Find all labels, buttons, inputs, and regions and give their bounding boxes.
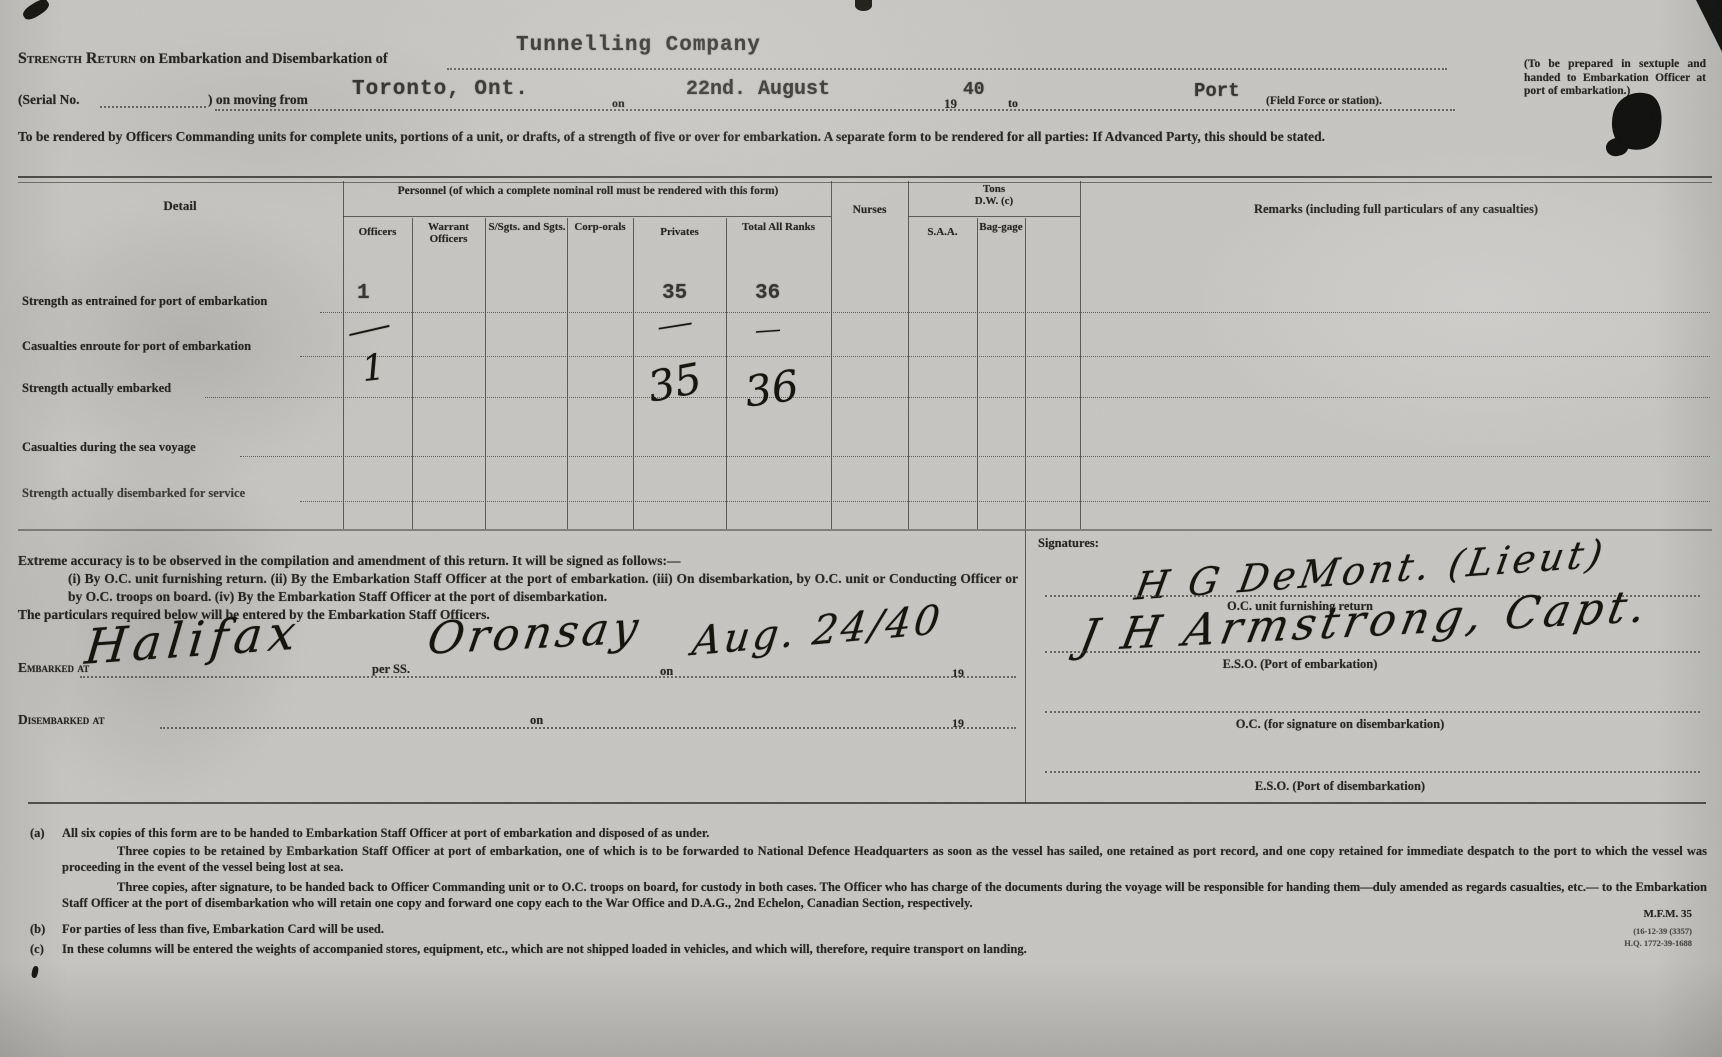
scan-speck — [31, 966, 39, 979]
scanned-embarkation-form: Strength Return on Embarkation and Disem… — [0, 0, 1722, 1057]
tons-header-line2: D.W. (c) — [910, 196, 1078, 207]
row-label: Strength as entrained for port of embark… — [22, 294, 267, 309]
sgts-col-header: S/Sgts. and Sgts. — [487, 221, 567, 233]
footnote-b-marker: (b) — [30, 922, 45, 937]
unit-name-typed: Tunnelling Company — [516, 34, 761, 57]
row-rule — [205, 397, 1710, 398]
footnote-a-para2: Three copies, after signature, to be han… — [62, 880, 1707, 911]
print-ref: M.F.M. 35 — [1555, 908, 1692, 920]
serial-blank — [100, 106, 206, 108]
column-line — [1025, 218, 1026, 529]
accuracy-line1: Extreme accuracy is to be observed in th… — [18, 552, 1018, 570]
serial-label: (Serial No. — [18, 92, 80, 108]
date-typed: 22nd. August — [686, 78, 830, 101]
signature-rule — [1045, 771, 1700, 773]
column-line — [633, 218, 634, 529]
corporals-col-header: Corp-orals — [570, 221, 630, 233]
row-label: Strength actually disembarked for servic… — [22, 486, 245, 501]
per-ss-label: per SS. — [372, 662, 410, 677]
embarked-at-label: Embarked at — [18, 660, 89, 676]
footer-rule — [28, 802, 1706, 804]
signature-rule — [1045, 711, 1700, 713]
column-line — [567, 218, 568, 529]
embarked-on-label: on — [660, 664, 673, 679]
year-typed: 40 — [963, 80, 985, 100]
detail-header: Detail — [30, 198, 330, 214]
table-bottom-rule — [18, 529, 1712, 531]
row-label: Strength actually embarked — [22, 381, 171, 396]
column-line — [1080, 181, 1081, 529]
unit-name-rule — [447, 68, 1447, 70]
prepare-note: (To be prepared in sextuple and handed t… — [1524, 58, 1706, 99]
accuracy-line2: (i) By O.C. unit furnishing return. (ii)… — [68, 570, 1018, 606]
officers-col-header: Officers — [343, 226, 412, 238]
moving-from-rule — [215, 109, 1455, 111]
row-officers-value-hand: — — [343, 307, 394, 349]
nurses-header: Nurses — [833, 204, 906, 216]
personnel-header-rule — [343, 216, 831, 217]
render-note: To be rendered by Officers Commanding un… — [18, 128, 1510, 146]
oc-disembark-label: O.C. (for signature on disembarkation) — [1060, 717, 1620, 732]
total-col-header: Total All Ranks — [726, 221, 831, 233]
saa-col-header: S.A.A. — [908, 226, 977, 238]
footnote-a-marker: (a) — [30, 826, 45, 841]
column-line — [831, 181, 832, 529]
row-officers-value-hand: 1 — [360, 347, 387, 390]
signature-rule — [1045, 651, 1700, 653]
row-rule — [240, 456, 1710, 457]
privates-col-header: Privates — [633, 226, 726, 238]
form-title-smallcaps: Strength Return — [18, 50, 136, 67]
embark-year-printed: 19 — [952, 666, 964, 681]
warrant-officers-col-header: Warrant Officers — [412, 221, 485, 245]
table-top-rule — [18, 176, 1712, 183]
row-privates-value-hand: 35 — [644, 353, 706, 411]
row-rule — [300, 501, 1710, 502]
embarked-rule — [80, 676, 1016, 678]
signatures-title: Signatures: — [1038, 536, 1099, 551]
moving-from-typed: Toronto, Ont. — [352, 78, 529, 101]
footnote-b-text: For parties of less than five, Embarkati… — [62, 922, 1662, 937]
footnote-a-para1: Three copies to be retained by Embarkati… — [62, 844, 1707, 875]
row-privates-value: 35 — [662, 282, 687, 305]
column-line — [977, 218, 978, 529]
disembark-year-printed: 19 — [952, 716, 964, 731]
disembarked-rule — [160, 727, 1016, 729]
remarks-header: Remarks (including full particulars of a… — [1090, 202, 1702, 217]
tons-header-rule — [908, 216, 1080, 217]
row-label: Casualties during the sea voyage — [22, 440, 196, 455]
row-total-value: 36 — [755, 282, 780, 305]
footnote-c-marker: (c) — [30, 942, 44, 957]
row-rule — [300, 356, 1710, 357]
row-privates-value-hand: — — [655, 307, 696, 342]
form-title-rest: on Embarkation and Disembarkation of — [136, 51, 388, 67]
baggage-col-header: Bag-gage — [979, 221, 1023, 233]
disembarked-at-label: Disembarked at — [18, 712, 104, 728]
column-line — [485, 218, 486, 529]
signatures-panel-border — [1025, 530, 1026, 803]
field-force-note: (Field Force or station). — [1266, 95, 1382, 107]
serial-close: ) on moving from — [208, 92, 308, 108]
footnote-c-text: In these columns will be entered the wei… — [62, 942, 1707, 957]
scan-edge-mark — [855, 0, 872, 11]
column-line — [726, 218, 727, 529]
disembarked-on-label: on — [530, 713, 543, 728]
eso-disembark-label: E.S.O. (Port of disembarkation) — [1060, 779, 1620, 794]
personnel-header: Personnel (of which a complete nominal r… — [350, 185, 826, 198]
scan-corner-mark — [1696, 0, 1722, 52]
print-ref: (16-12-39 (3357) — [1555, 926, 1692, 936]
eso-signature-label: E.S.O. (Port of embarkation) — [1060, 657, 1540, 672]
ship-name-hand: Oronsay — [424, 602, 645, 665]
print-ref: H.Q. 1772-39-1688 — [1555, 938, 1692, 948]
form-title: Strength Return on Embarkation and Disem… — [18, 50, 388, 68]
row-total-value-hand: 36 — [742, 361, 802, 417]
tons-header-line1: Tons — [910, 184, 1078, 195]
row-rule — [320, 312, 1710, 313]
destination-typed: Port — [1194, 80, 1240, 102]
row-officers-value: 1 — [357, 282, 370, 305]
row-total-value-hand: — — [754, 317, 782, 344]
row-label: Casualties enroute for port of embarkati… — [22, 339, 251, 354]
column-line — [412, 218, 413, 529]
footnote-a-text: All six copies of this form are to be ha… — [62, 826, 1662, 841]
scan-edge-mark — [21, 0, 52, 22]
